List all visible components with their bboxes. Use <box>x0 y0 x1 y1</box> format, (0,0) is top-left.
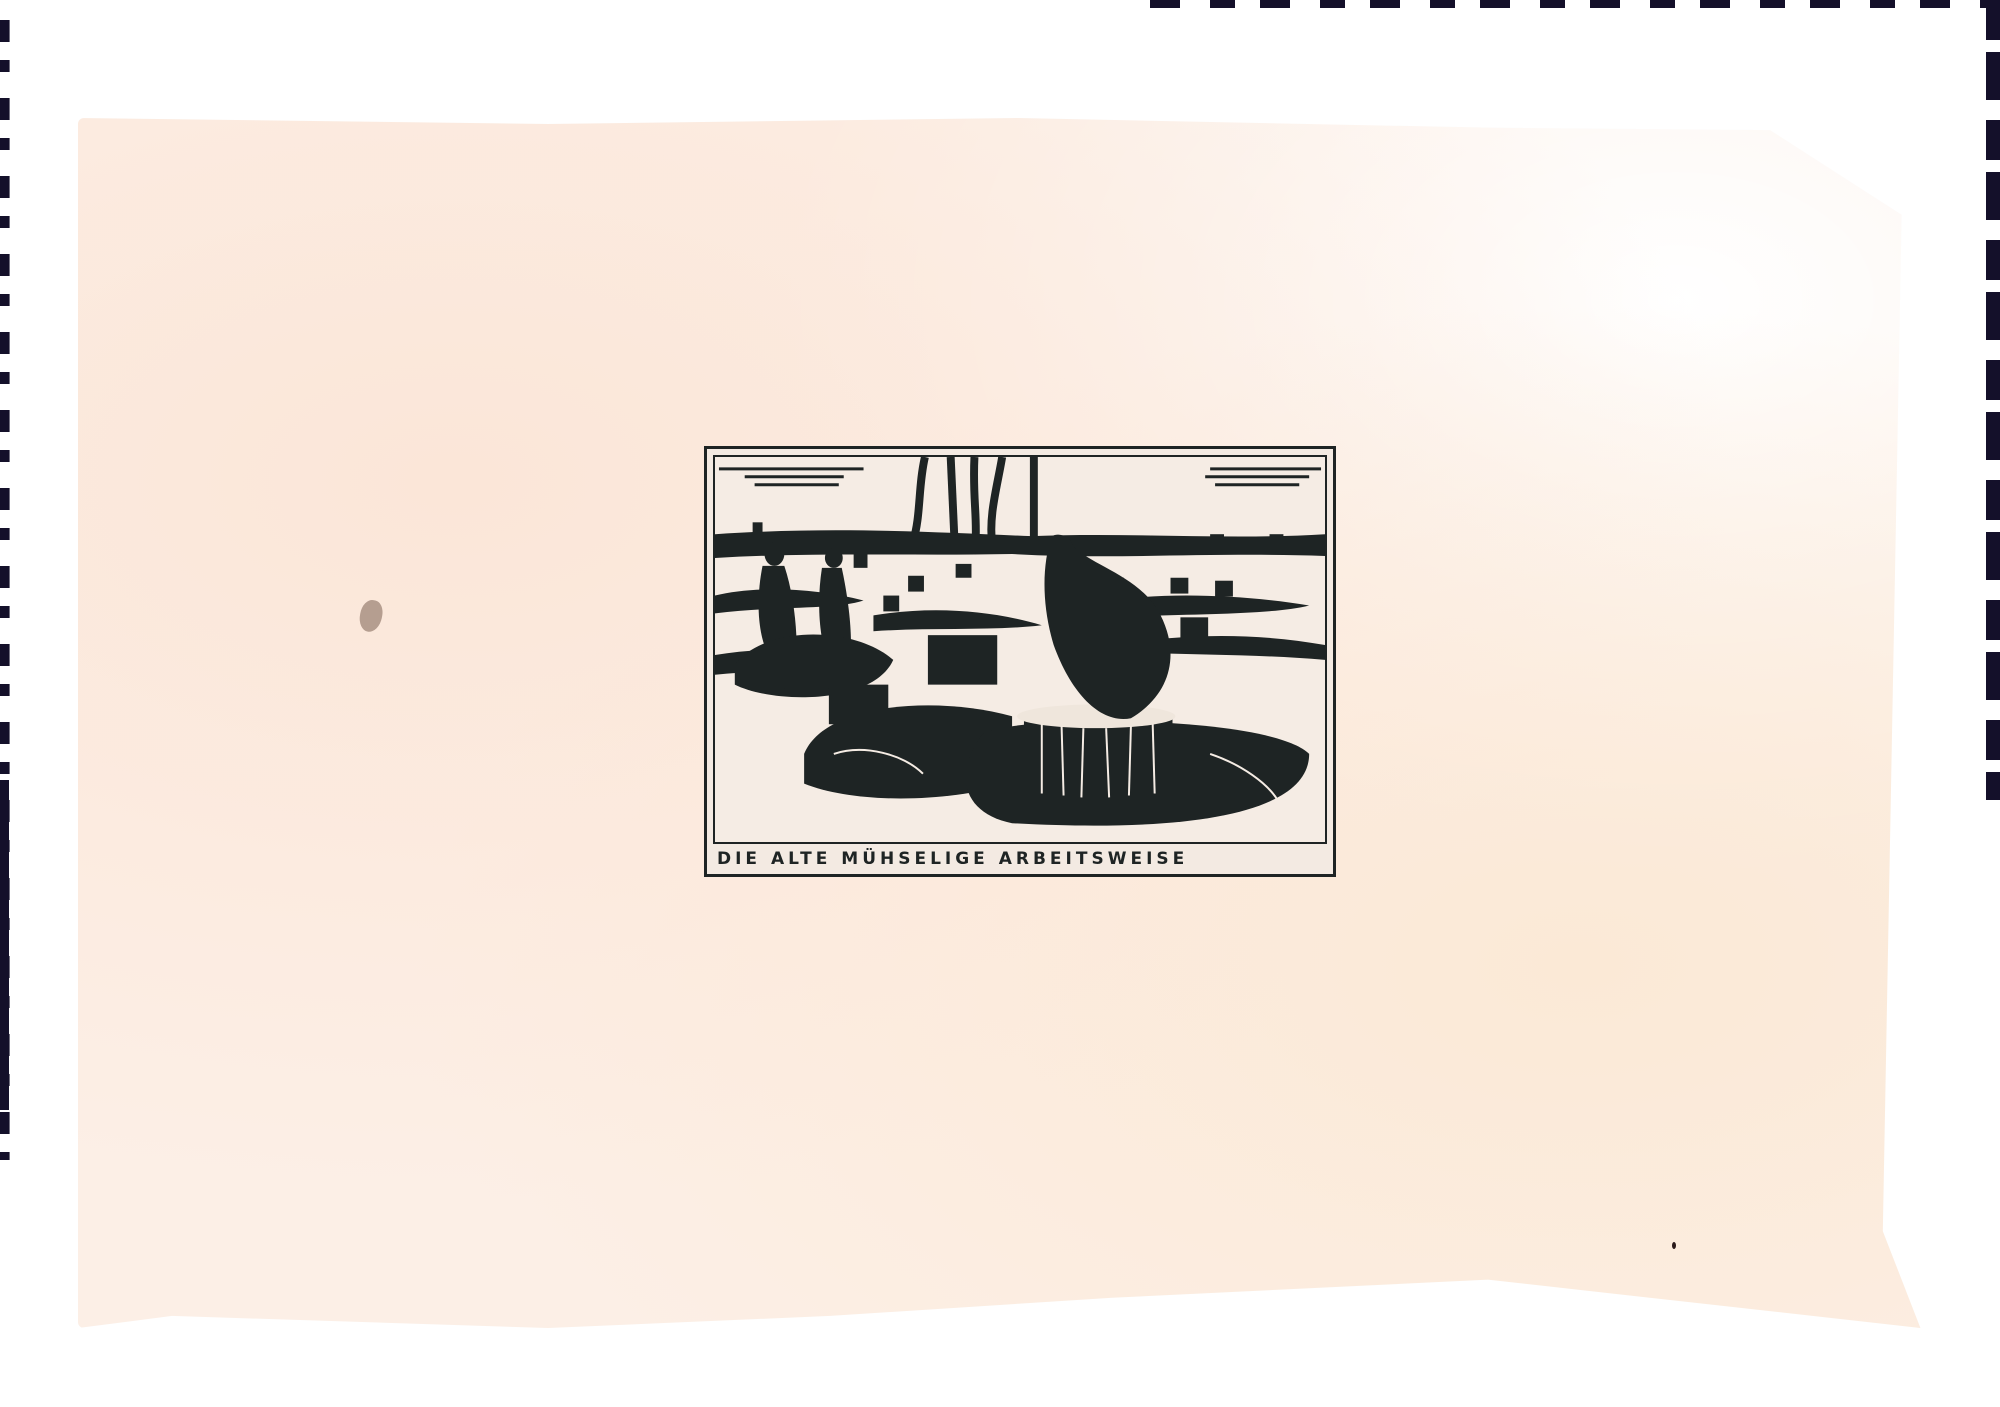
print-caption: DIE ALTE MÜHSELIGE ARBEITSWEISE <box>713 847 1327 871</box>
woodcut-print: DIE ALTE MÜHSELIGE ARBEITSWEISE <box>704 446 1336 877</box>
scan-border-top <box>1150 0 2000 8</box>
ink-speck <box>1672 1242 1676 1249</box>
scan-border-right <box>1986 0 2000 800</box>
woodcut-image <box>713 455 1327 844</box>
scan-border-left-solid <box>0 780 9 1110</box>
woodcut-illustration <box>715 457 1325 842</box>
